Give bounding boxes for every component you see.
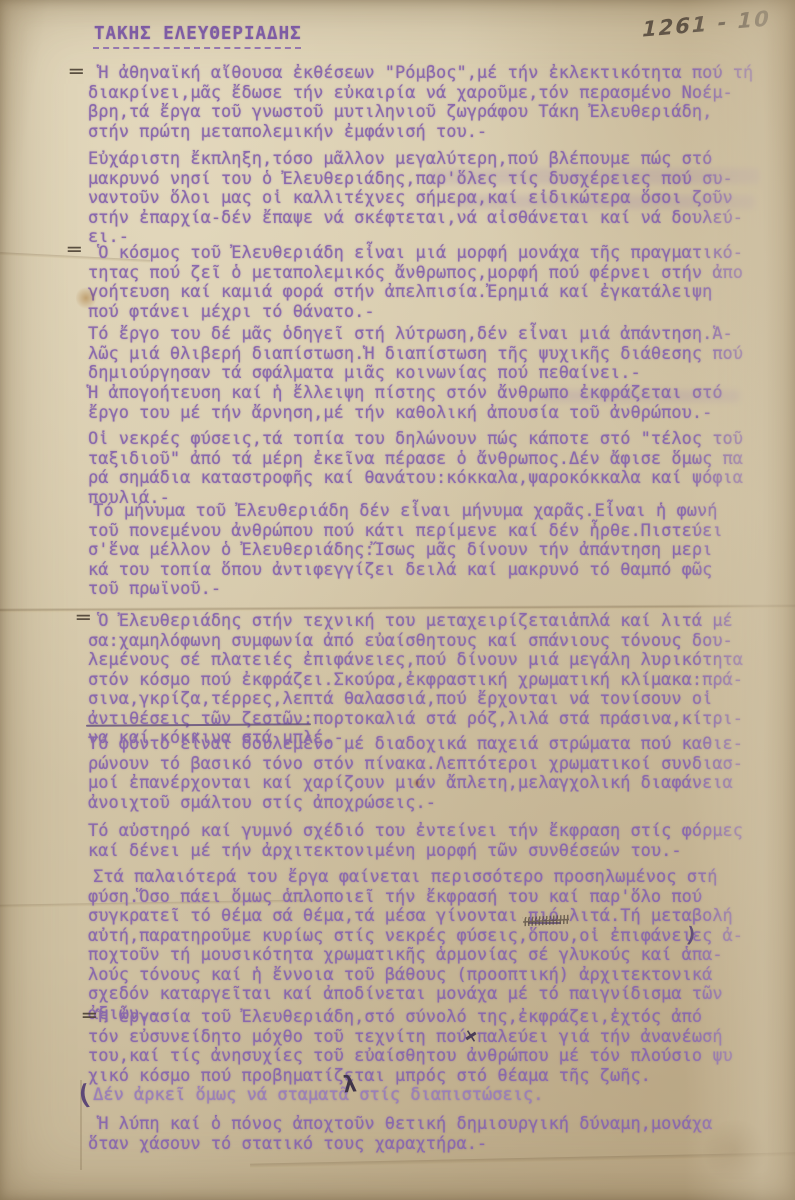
paragraph-12: Ἡ ἐργασία τοῦ Ἐλευθεριάδη,στό σύνολό της… <box>88 1008 780 1086</box>
paragraph-4: Τό ἔργο του δέ μᾶς ὁδηγεῖ στή λύτρωση,δέ… <box>88 325 780 384</box>
archive-number: 1261 - 10 <box>642 6 771 41</box>
document-page: 1261 - 10 ΤΑΚΗΣ ΕΛΕΥΘΕΡΙΑΔΗΣ = = = = Ἡ ἀ… <box>0 0 795 1200</box>
margin-mark: = <box>67 62 85 80</box>
inserted-lambda: λ <box>341 1071 358 1098</box>
margin-mark: = <box>74 608 92 626</box>
paragraph-13: Δέν ἀρκεῖ ὅμως νά σταματᾶ στίς διαπιστώσ… <box>88 1086 780 1106</box>
paragraph-7: Τό μήνυμα τοῦ Ἐλευθεριάδη δέν εἶναι μήνυ… <box>88 502 780 600</box>
paragraph-9: Τό φόντο εἶναι δουλεμένο μέ διαδοχικά πα… <box>88 735 780 813</box>
paragraph-6: Οἱ νεκρές φύσεις,τά τοπία του δηλώνουν π… <box>88 430 780 508</box>
paragraph-1: Ἡ ἀθηναϊκή αἴθουσα ἐκθέσεων "Ρόμβος",μέ … <box>88 64 780 142</box>
fold-crease <box>250 1152 795 1167</box>
paragraph-14: Ἡ λύπη καί ὁ πόνος ἀποχτοῦν θετική δημιο… <box>88 1115 780 1154</box>
paragraph-2: Εὐχάριστη ἔκπληξη,τόσο μᾶλλον μεγαλύτερη… <box>88 150 780 248</box>
handwritten-close-paren-opou: ) <box>684 922 699 947</box>
paragraph-3: Ὁ κόσμος τοῦ Ἐλευθεριάδη εἶναι μιά μορφή… <box>88 244 780 322</box>
page-title: ΤΑΚΗΣ ΕΛΕΥΘΕΡΙΑΔΗΣ <box>94 24 302 44</box>
paragraph-8: Ὁ Ἐλευθεριάδης στήν τεχνική του μεταχειρ… <box>88 612 780 749</box>
paragraph-10: Τό αὐστηρό καί γυμνό σχέδιό του ἐντείνει… <box>88 822 780 861</box>
title-underline <box>93 47 301 49</box>
margin-mark: = <box>80 1006 98 1024</box>
margin-mark: = <box>65 240 83 258</box>
paragraph-11: Στά παλαιότερά του ἔργα φαίνεται περισσό… <box>88 868 780 1024</box>
paragraph-5: Ἡ ἀπογοήτευση καί ἡ ἔλλειψη πίστης στόν … <box>88 384 780 423</box>
